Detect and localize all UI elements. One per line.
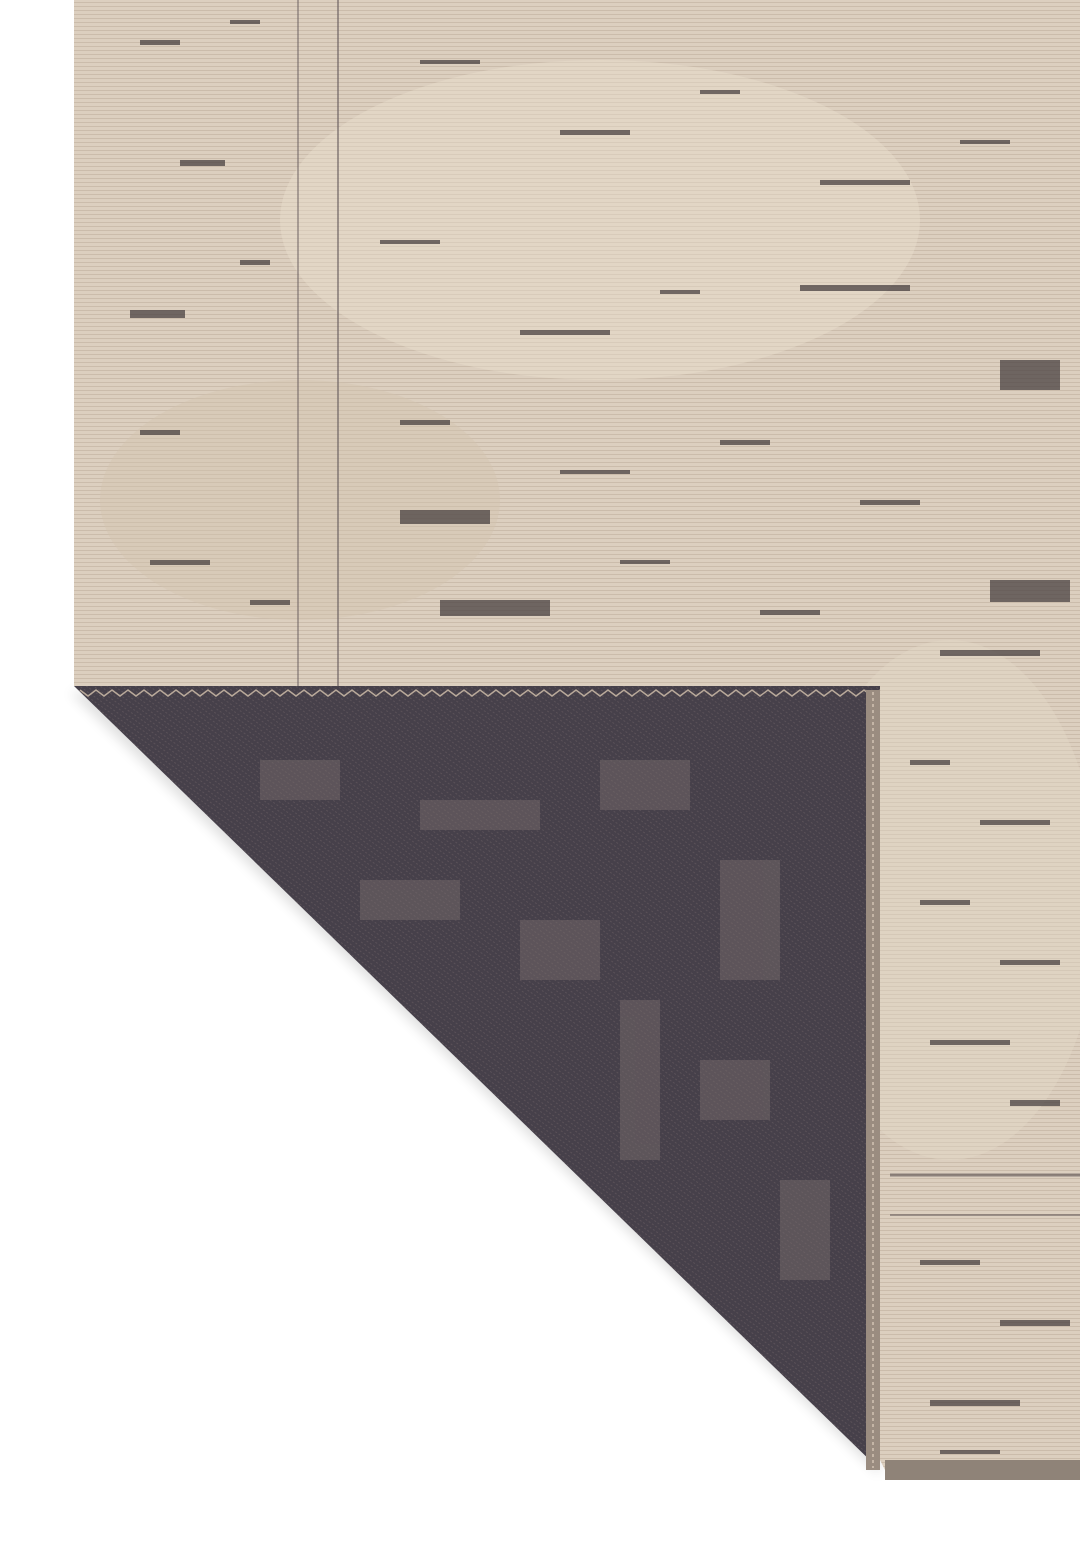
rug-illustration [0, 0, 1080, 1552]
product-photo: Rug with folded corner [0, 0, 1080, 1552]
